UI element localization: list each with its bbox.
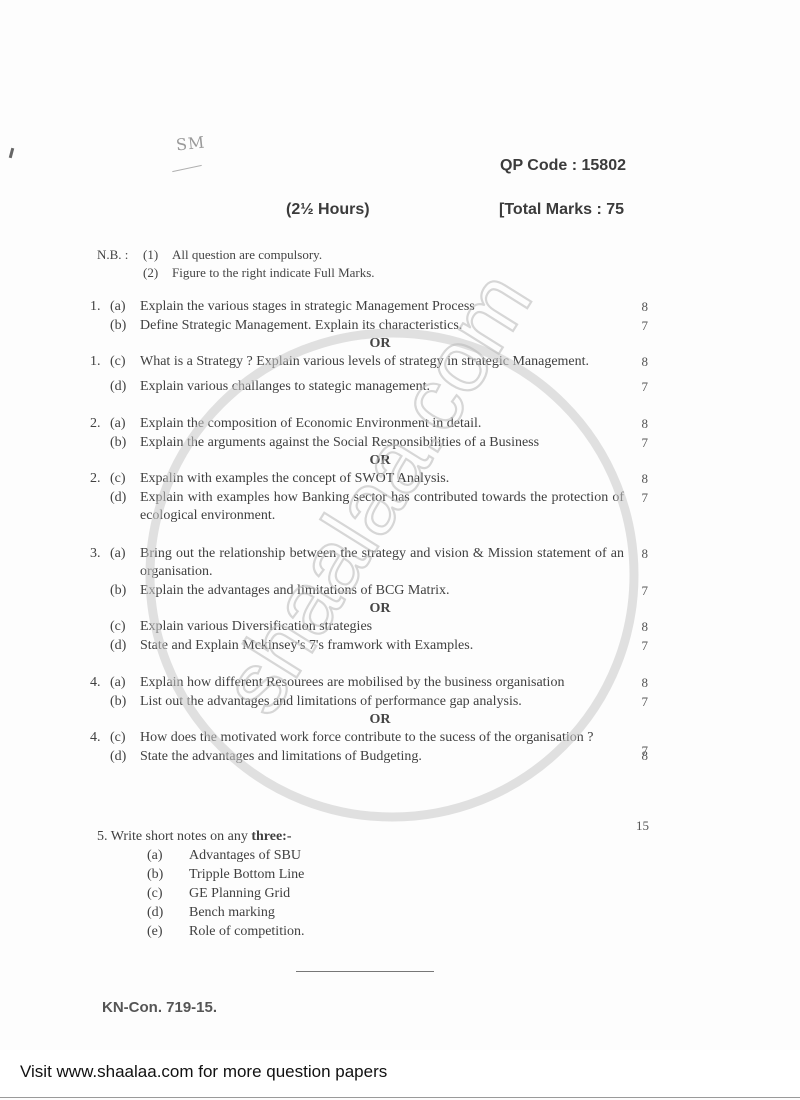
question-paper-page: SM QP Code : 15802 (2½ Hours) [Total Mar… (0, 0, 800, 1100)
question-row: (d) State and Explain Mckinsey's 7's fra… (90, 637, 650, 656)
question-part: (d) (110, 748, 140, 767)
question-number (90, 618, 110, 637)
question-marks: 7 (636, 693, 648, 712)
question-text: How does the motivated work force contri… (140, 729, 650, 748)
instruction-item: (2) Figure to the right indicate Full Ma… (97, 264, 375, 282)
instruction-item: N.B. : (1) All question are compulsory. (97, 246, 375, 264)
short-note-letter: (c) (147, 884, 189, 903)
question-text: Explain various Diversification strategi… (140, 618, 650, 637)
question-part: (d) (110, 378, 140, 397)
question-marks: 8 (636, 415, 648, 434)
question-number (90, 317, 110, 336)
question-part: (c) (110, 729, 140, 748)
question-part: (a) (110, 415, 140, 434)
question-row: (b) Explain the advantages and limitatio… (90, 582, 650, 601)
question-text: Bring out the relationship between the s… (140, 545, 650, 582)
short-note-text: GE Planning Grid (189, 884, 290, 903)
question-row: 1. (c) What is a Strategy ? Explain vari… (90, 353, 650, 372)
short-note-text: Role of competition. (189, 922, 304, 941)
question-row: (d) Explain with examples how Banking se… (90, 489, 650, 526)
question-marks: 7 (636, 489, 648, 508)
question-number (90, 582, 110, 601)
short-notes-title-bold: three:- (251, 829, 291, 844)
question-number (90, 434, 110, 453)
question-part: (c) (110, 470, 140, 489)
short-note-letter: (b) (147, 865, 189, 884)
question-text: List out the advantages and limitations … (140, 693, 650, 712)
question-marks: 8 (636, 674, 648, 693)
question-part: (d) (110, 637, 140, 656)
instruction-number: (2) (143, 265, 172, 281)
question-part: (a) (110, 545, 140, 582)
question-text: Explain with examples how Banking sector… (140, 489, 650, 526)
exam-duration: (2½ Hours) (286, 201, 370, 219)
question-text: Explain the composition of Economic Envi… (140, 415, 650, 434)
question-number: 1. (90, 353, 110, 372)
question-part: (d) (110, 489, 140, 526)
short-note-item: (d) Bench marking (97, 903, 304, 922)
questions-list: 1. (a) Explain the various stages in str… (90, 298, 650, 766)
paper-reference-code: KN-Con. 719-15. (102, 999, 217, 1016)
or-separator: OR (90, 711, 650, 729)
instruction-number: (1) (143, 247, 172, 263)
end-of-paper-rule (296, 971, 434, 972)
question-row: 3. (a) Bring out the relationship betwee… (90, 545, 650, 582)
question-part: (a) (110, 674, 140, 693)
question-number: 4. (90, 674, 110, 693)
question-part: (a) (110, 298, 140, 317)
instructions-label: N.B. : (97, 247, 143, 263)
instruction-text: Figure to the right indicate Full Marks. (172, 265, 375, 281)
question-part: (b) (110, 434, 140, 453)
question-text: Explain various challanges to stategic m… (140, 378, 650, 397)
instruction-text: All question are compulsory. (172, 247, 322, 263)
question-row: (b) Explain the arguments against the So… (90, 434, 650, 453)
question-text: Explain the advantages and limitations o… (140, 582, 650, 601)
or-separator: OR (90, 600, 650, 618)
question-marks: 8 (636, 470, 648, 489)
question-text: State and Explain Mckinsey's 7's framwor… (140, 637, 650, 656)
short-notes-title-prefix: 5. Write short notes on any (97, 829, 251, 844)
question-text: Explain the arguments against the Social… (140, 434, 650, 453)
question-row: (b) List out the advantages and limitati… (90, 693, 650, 712)
question-part: (c) (110, 618, 140, 637)
question-row: (b) Define Strategic Management. Explain… (90, 317, 650, 336)
question-number (90, 489, 110, 526)
question-row: (c) Explain various Diversification stra… (90, 618, 650, 637)
question-row: 2. (c) Expalin with examples the concept… (90, 470, 650, 489)
question-number: 3. (90, 545, 110, 582)
question-text: What is a Strategy ? Explain various lev… (140, 353, 650, 372)
question-marks: 8 (636, 353, 648, 372)
or-separator: OR (90, 452, 650, 470)
question-marks: 7 (636, 742, 648, 761)
question-part: (b) (110, 582, 140, 601)
short-note-letter: (e) (147, 922, 189, 941)
short-note-text: Advantages of SBU (189, 846, 301, 865)
short-note-letter: (a) (147, 846, 189, 865)
question-number: 1. (90, 298, 110, 317)
qp-code: QP Code : 15802 (500, 157, 626, 175)
total-marks: [Total Marks : 75 (499, 201, 624, 219)
question-number (90, 378, 110, 397)
question-marks: 7 (636, 317, 648, 336)
promo-banner-link[interactable]: Visit www.shaalaa.com for more question … (20, 1062, 387, 1082)
short-note-item: (c) GE Planning Grid (97, 884, 304, 903)
question-marks: 8 (636, 618, 648, 637)
short-note-text: Tripple Bottom Line (189, 865, 304, 884)
short-note-item: (a) Advantages of SBU (97, 846, 304, 865)
question-number (90, 693, 110, 712)
question-number: 2. (90, 470, 110, 489)
question-marks: 8 (636, 545, 648, 564)
question-marks: 7 (636, 582, 648, 601)
question-number: 2. (90, 415, 110, 434)
short-note-text: Bench marking (189, 903, 275, 922)
question-text: Explain how different Resourees are mobi… (140, 674, 650, 693)
question-number (90, 748, 110, 767)
question-marks: 7 (636, 434, 648, 453)
question-marks: 8 (636, 298, 648, 317)
short-note-letter: (d) (147, 903, 189, 922)
short-note-item: (e) Role of competition. (97, 922, 304, 941)
question-row: 1. (a) Explain the various stages in str… (90, 298, 650, 317)
question-5-marks: 15 (636, 818, 649, 834)
question-text: Explain the various stages in strategic … (140, 298, 650, 317)
question-row: 4. (a) Explain how different Resourees a… (90, 674, 650, 693)
question-part: (b) (110, 693, 140, 712)
question-row: 2. (a) Explain the composition of Econom… (90, 415, 650, 434)
scan-mark (9, 148, 14, 158)
question-text: Define Strategic Management. Explain its… (140, 317, 650, 336)
or-separator: OR (90, 335, 650, 353)
question-text: State the advantages and limitations of … (140, 748, 650, 767)
short-notes-question: 5. Write short notes on any three:- (a) … (97, 828, 304, 941)
question-part: (c) (110, 353, 140, 372)
short-note-item: (b) Tripple Bottom Line (97, 865, 304, 884)
question-marks: 7 (636, 378, 648, 397)
question-text: Expalin with examples the concept of SWO… (140, 470, 650, 489)
handwritten-note: SM (175, 133, 206, 155)
instructions: N.B. : (1) All question are compulsory. … (97, 246, 375, 282)
handwritten-stroke (172, 165, 202, 172)
question-row: 4. (c) How does the motivated work force… (90, 729, 650, 748)
short-notes-title: 5. Write short notes on any three:- (97, 828, 304, 846)
question-part: (b) (110, 317, 140, 336)
question-row: (d) State the advantages and limitations… (90, 748, 650, 767)
question-row: (d) Explain various challanges to stateg… (90, 378, 650, 397)
question-number (90, 637, 110, 656)
question-number: 4. (90, 729, 110, 748)
question-marks: 7 (636, 637, 648, 656)
